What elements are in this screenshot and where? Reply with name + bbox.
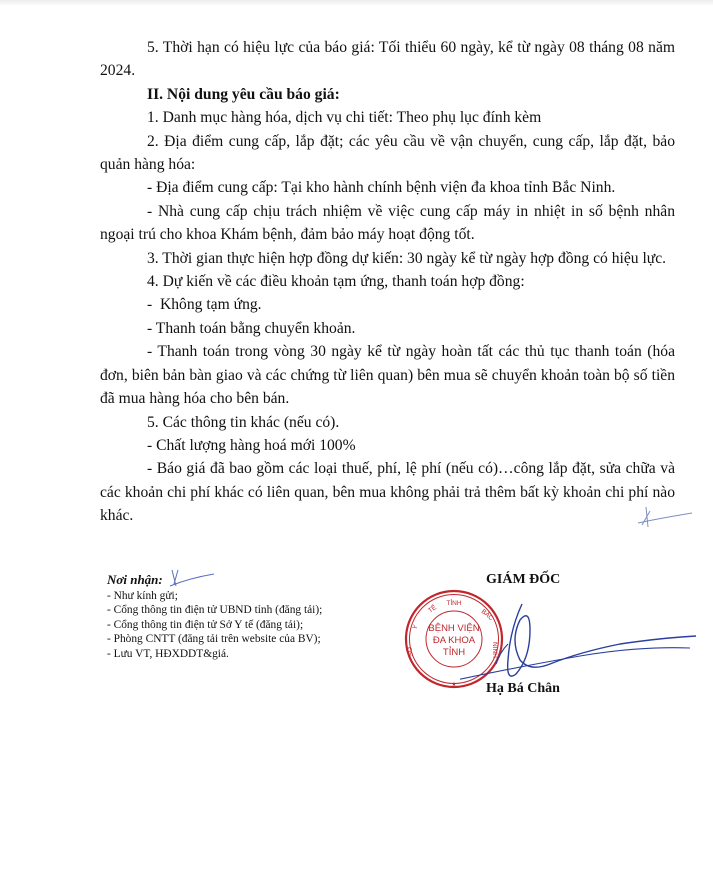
svg-text:Y: Y xyxy=(411,623,419,630)
paragraph-item-2: 2. Địa điểm cung cấp, lắp đặt; các yêu c… xyxy=(100,130,675,177)
paragraph-validity: 5. Thời hạn có hiệu lực của báo giá: Tối… xyxy=(100,36,675,83)
paragraph-item-5-b: - Báo giá đã bao gồm các loại thuế, phí,… xyxy=(100,457,675,527)
paragraph-item-5-a: - Chất lượng hàng hoá mới 100% xyxy=(100,434,675,457)
page-top-shadow xyxy=(0,0,713,6)
recipient-item: - Phòng CNTT (đăng tải trên website của … xyxy=(107,632,322,646)
paragraph-item-5: 5. Các thông tin khác (nếu có). xyxy=(100,411,675,434)
recipient-item: - Cổng thông tin điện tử UBND tỉnh (đăng… xyxy=(107,603,322,617)
svg-text:★: ★ xyxy=(451,681,456,688)
paragraph-item-4: 4. Dự kiến về các điều khoản tạm ứng, th… xyxy=(100,270,675,293)
recipient-item: - Cổng thông tin điện tử Sở Y tế (đăng t… xyxy=(107,618,322,632)
initial-mark-icon xyxy=(636,503,696,531)
section-ii-heading: II. Nội dung yêu cầu báo giá: xyxy=(100,83,675,106)
recipient-item: - Như kính gửi; xyxy=(107,589,322,603)
recipient-item: - Lưu VT, HĐXDDT&giá. xyxy=(107,647,322,661)
director-name: Hạ Bá Chân xyxy=(486,681,560,697)
initial-mark-icon xyxy=(166,568,216,590)
paragraph-item-1: 1. Danh mục hàng hóa, dịch vụ chi tiết: … xyxy=(100,106,675,129)
document-body: 5. Thời hạn có hiệu lực của báo giá: Tối… xyxy=(100,36,675,528)
paragraph-item-3: 3. Thời gian thực hiện hợp đồng dự kiến:… xyxy=(100,247,675,270)
paragraph-item-2-a: - Địa điểm cung cấp: Tại kho hành chính … xyxy=(100,176,675,199)
paragraph-item-2-b: - Nhà cung cấp chịu trách nhiệm về việc … xyxy=(100,200,675,247)
paragraph-item-4-a: - Không tạm ứng. xyxy=(100,293,675,316)
svg-text:SỞ: SỞ xyxy=(404,645,415,657)
paragraph-item-4-c: - Thanh toán trong vòng 30 ngày kể từ ng… xyxy=(100,340,675,410)
paragraph-item-4-b: - Thanh toán bằng chuyển khoản. xyxy=(100,317,675,340)
